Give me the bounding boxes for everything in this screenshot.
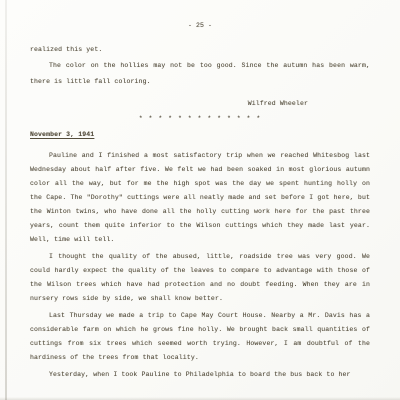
continuation-paragraph: The color on the hollies may not be too … <box>30 58 370 90</box>
entry-paragraph-1: Pauline and I finished a most satisfacto… <box>30 149 370 247</box>
entry-paragraph-3: Last Thursday we made a trip to Cape May… <box>30 309 370 365</box>
signature: Wilfred Wheeler <box>30 96 308 112</box>
entry-date-heading: November 3, 1941 <box>30 128 94 142</box>
continuation-line: realized this yet. <box>30 42 370 58</box>
asterisk-separator: * * * * * * * * * * * * * <box>30 112 370 126</box>
entry-paragraph-4: Yesterday, when I took Pauline to Philad… <box>30 368 370 382</box>
entry-paragraph-2: I thought the quality of the abused, lit… <box>30 250 370 306</box>
typewritten-content: - 25 - realized this yet. The color on t… <box>30 20 370 382</box>
scanned-document-page: - 25 - realized this yet. The color on t… <box>0 0 400 400</box>
page-number: - 25 - <box>30 20 370 32</box>
